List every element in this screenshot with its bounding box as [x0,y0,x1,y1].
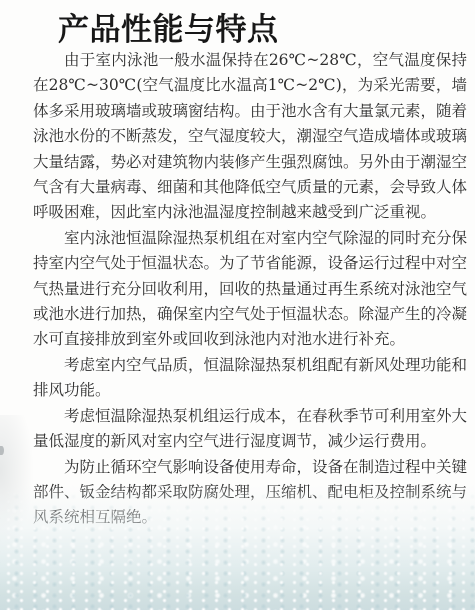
document-page: 产品性能与特点 由于室内泳池一般水温保持在26℃~28℃，空气温度保持在28℃~… [0,0,475,610]
document-body: 由于室内泳池一般水温保持在26℃~28℃，空气温度保持在28℃~30℃(空气温度… [33,48,467,531]
paragraph: 考虑恒温除湿热泵机组运行成本，在春秋季节可利用室外大量低湿度的新风对室内空气进行… [33,404,467,455]
page-title: 产品性能与特点 [58,4,279,49]
scan-speck [0,446,4,455]
paragraph: 考虑室内空气品质，恒温除湿热泵机组配有新风处理功能和排风功能。 [33,353,467,404]
water-texture [0,485,475,610]
paragraph: 由于室内泳池一般水温保持在26℃~28℃，空气温度保持在28℃~30℃(空气温度… [33,48,467,226]
paragraph: 室内泳池恒温除湿热泵机组在对室内空气除湿的同时充分保持室内空气处于恒温状态。为了… [33,226,467,353]
